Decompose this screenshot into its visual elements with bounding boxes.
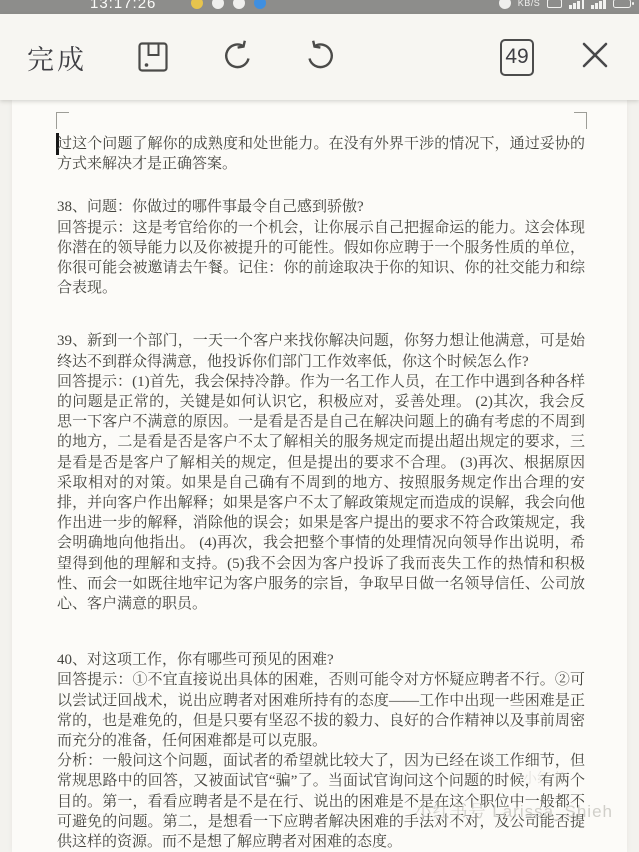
floppy-save-icon xyxy=(135,39,171,75)
paragraph-intro[interactable]: 过这个问题了解你的成熟度和处世能力。在没有外界干涉的情况下，通过妥协的方式来解决… xyxy=(57,134,585,174)
editor-toolbar: 完成 xyxy=(0,14,639,100)
document-text[interactable]: 过这个问题了解你的成熟度和处世能力。在没有外界干涉的情况下，通过妥协的方式来解决… xyxy=(57,134,585,852)
answer-39[interactable]: 回答提示：(1)首先，我会保持冷静。作为一名工作人员，在工作中遇到各种各样的问题… xyxy=(57,372,585,614)
blank-line xyxy=(57,174,585,197)
status-bar-content: 13:17:26 KB/S xyxy=(0,0,639,14)
done-button[interactable]: 完成 xyxy=(27,38,87,77)
notification-app-icon-4 xyxy=(254,0,266,9)
redo-arrow-icon xyxy=(303,39,339,75)
answer-40[interactable]: 回答提示：①不宜直接说出具体的困难，否则可能令对方怀疑应聘者不行。②可以尝试迂回… xyxy=(57,670,585,751)
margin-corner-mark-right xyxy=(574,112,587,129)
page-count-badge[interactable]: 49 xyxy=(500,39,534,76)
notification-app-icon-2 xyxy=(212,0,224,9)
document-area: 过这个问题了解你的成熟度和处世能力。在没有外界干涉的情况下，通过妥协的方式来解决… xyxy=(0,100,639,852)
blank-line xyxy=(57,298,585,331)
phone-screen: 13:17:26 KB/S 完成 xyxy=(0,0,639,852)
document-page[interactable]: 过这个问题了解你的成熟度和处世能力。在没有外界干涉的情况下，通过妥协的方式来解决… xyxy=(12,100,627,852)
status-dot-icon xyxy=(499,0,511,9)
clock: 13:17:26 xyxy=(90,0,156,12)
analysis-40[interactable]: 分析：一般问这个问题，面试者的希望就比较大了，因为已经在谈工作细节，但常规思路中… xyxy=(57,751,585,852)
redo-button[interactable] xyxy=(303,39,339,75)
answer-38[interactable]: 回答提示：这是考官给你的一个机会，让你展示自己把握命运的能力。这会体现你潜在的领… xyxy=(57,218,585,299)
question-39[interactable]: 39、新到一个部门，一天一个客户来找你解决问题，你努力想让他满意，可是始终达不到… xyxy=(57,331,585,371)
question-40[interactable]: 40、对这项工作，你有哪些可预见的困难? xyxy=(57,650,585,670)
network-speed-label: KB/S xyxy=(518,0,541,8)
save-button[interactable] xyxy=(135,39,171,75)
close-button[interactable] xyxy=(578,38,612,77)
notification-app-icon-3 xyxy=(233,0,245,9)
blank-line xyxy=(57,614,585,650)
close-x-icon xyxy=(578,38,612,77)
hd-volte-icon xyxy=(547,0,562,8)
margin-corner-mark-left xyxy=(56,112,69,129)
status-bar-right: KB/S xyxy=(499,0,631,9)
signal-bars-icon-2 xyxy=(591,0,606,9)
signal-bars-icon xyxy=(569,0,584,9)
undo-arrow-icon xyxy=(219,39,255,75)
notification-app-icon-1 xyxy=(191,0,203,9)
undo-button[interactable] xyxy=(219,39,255,75)
battery-icon xyxy=(613,0,631,8)
status-bar: 13:17:26 KB/S xyxy=(0,0,639,14)
question-38[interactable]: 38、问题：你做过的哪件事最令自己感到骄傲? xyxy=(57,197,585,217)
